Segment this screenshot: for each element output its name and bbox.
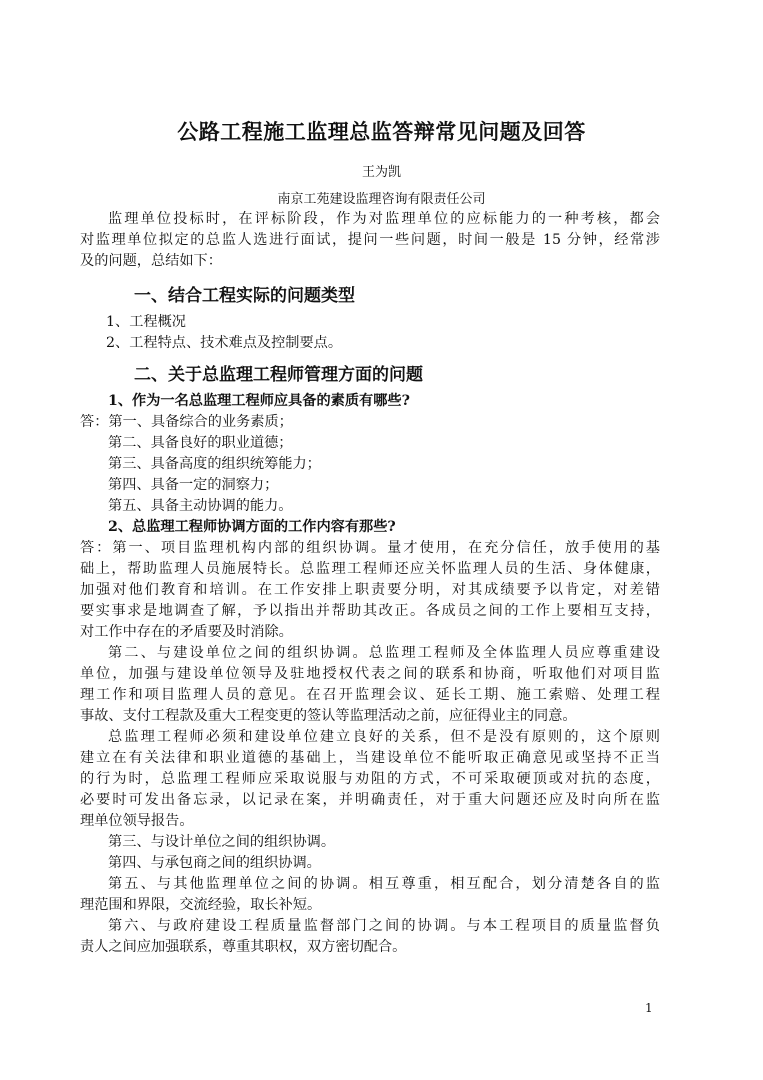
list-item: 1、工程概况 [106,312,658,333]
text-line: 要实事求是地调查了解，予以指出并帮助其改正。各成员之间的工作上要相互支持， [80,601,660,622]
text-line: 的行为时，总监理工程师应采取说服与劝阻的方式，不可采取硬顶或对抗的态度， [80,769,660,790]
list-item: 2、工程特点、技术难点及控制要点。 [106,333,658,354]
document-page: 公路工程施工监理总监答辩常见问题及回答 王为凯 南京工苑建设监理咨询有限责任公司… [0,0,763,1080]
text-line: 加强对他们教育和培训。在工作安排上职责要分明，对其成绩要予以肯定，对差错 [80,580,660,601]
text-line: 事故、支付工程款及重大工程变更的签认等监理活动之前，应征得业主的同意。 [80,706,660,727]
text-line: 第四、与承包商之间的组织协调。 [80,853,660,874]
text-line: 责人之间应加强联系，尊重其职权，双方密切配合。 [80,937,660,958]
section-heading-1: 一、结合工程实际的问题类型 [134,281,355,306]
text-line: 必要时可发出备忘录，以记录在案，并明确责任，对于重大问题还应及时向所在监 [80,790,660,811]
text-line: 总监理工程师必须和建设单位建立良好的关系，但不是没有原则的，这个原则 [80,727,660,748]
question-heading: 2、总监理工程师协调方面的工作内容有那些? [80,517,660,538]
text-line: 答：第一、项目监理机构内部的组织协调。量才使用，在充分信任，放手使用的基 [80,538,660,559]
answer-line: 第五、具备主动协调的能力。 [80,496,660,517]
text-line: 对监理单位拟定的总监人选进行面试，提问一些问题，时间一般是 15 分钟，经常涉 [80,230,660,251]
section2-body: 1、作为一名总监理工程师应具备的素质有哪些? 答：第一、具备综合的业务素质； 第… [80,391,660,958]
answer-line: 第四、具备一定的洞察力； [80,475,660,496]
text-line: 及的问题，总结如下： [80,251,660,272]
text-line: 第六、与政府建设工程质量监督部门之间的协调。与本工程项目的质量监督负 [80,916,660,937]
document-title: 公路工程施工监理总监答辩常见问题及回答 [0,116,763,146]
page-number: 1 [645,1001,653,1015]
text-line: 础上，帮助监理人员施展特长。总监理工程师还应关怀监理人员的生活、身体健康， [80,559,660,580]
section1-list: 1、工程概况 2、工程特点、技术难点及控制要点。 [106,312,658,354]
author-name: 王为凯 [0,161,763,180]
intro-paragraph: 监理单位投标时，在评标阶段，作为对监理单位的应标能力的一种考核，都会 对监理单位… [80,209,660,272]
text-line: 第五、与其他监理单位之间的协调。相互尊重，相互配合，划分清楚各自的监 [80,874,660,895]
answer-line: 第二、具备良好的职业道德； [80,433,660,454]
text-line: 监理单位投标时，在评标阶段，作为对监理单位的应标能力的一种考核，都会 [80,209,660,230]
section-heading-2: 二、关于总监理工程师管理方面的问题 [134,360,423,385]
text-line: 第二、与建设单位之间的组织协调。总监理工程师及全体监理人员应尊重建设 [80,643,660,664]
text-line: 理工作和项目监理人员的意见。在召开监理会议、延长工期、施工索赔、处理工程 [80,685,660,706]
text-line: 单位，加强与建设单位领导及驻地授权代表之间的联系和协商，听取他们对项目监 [80,664,660,685]
answer-line: 答：第一、具备综合的业务素质； [80,412,660,433]
text-line: 建立在有关法律和职业道德的基础上，当建设单位不能听取正确意见或坚持不正当 [80,748,660,769]
question-heading: 1、作为一名总监理工程师应具备的素质有哪些? [80,391,660,412]
text-line: 理单位领导报告。 [80,811,660,832]
company-name: 南京工苑建设监理咨询有限责任公司 [0,188,763,207]
answer-line: 第三、具备高度的组织统筹能力； [80,454,660,475]
text-line: 第三、与设计单位之间的组织协调。 [80,832,660,853]
text-line: 理范围和界限，交流经验，取长补短。 [80,895,660,916]
text-line: 对工作中存在的矛盾要及时消除。 [80,622,660,643]
